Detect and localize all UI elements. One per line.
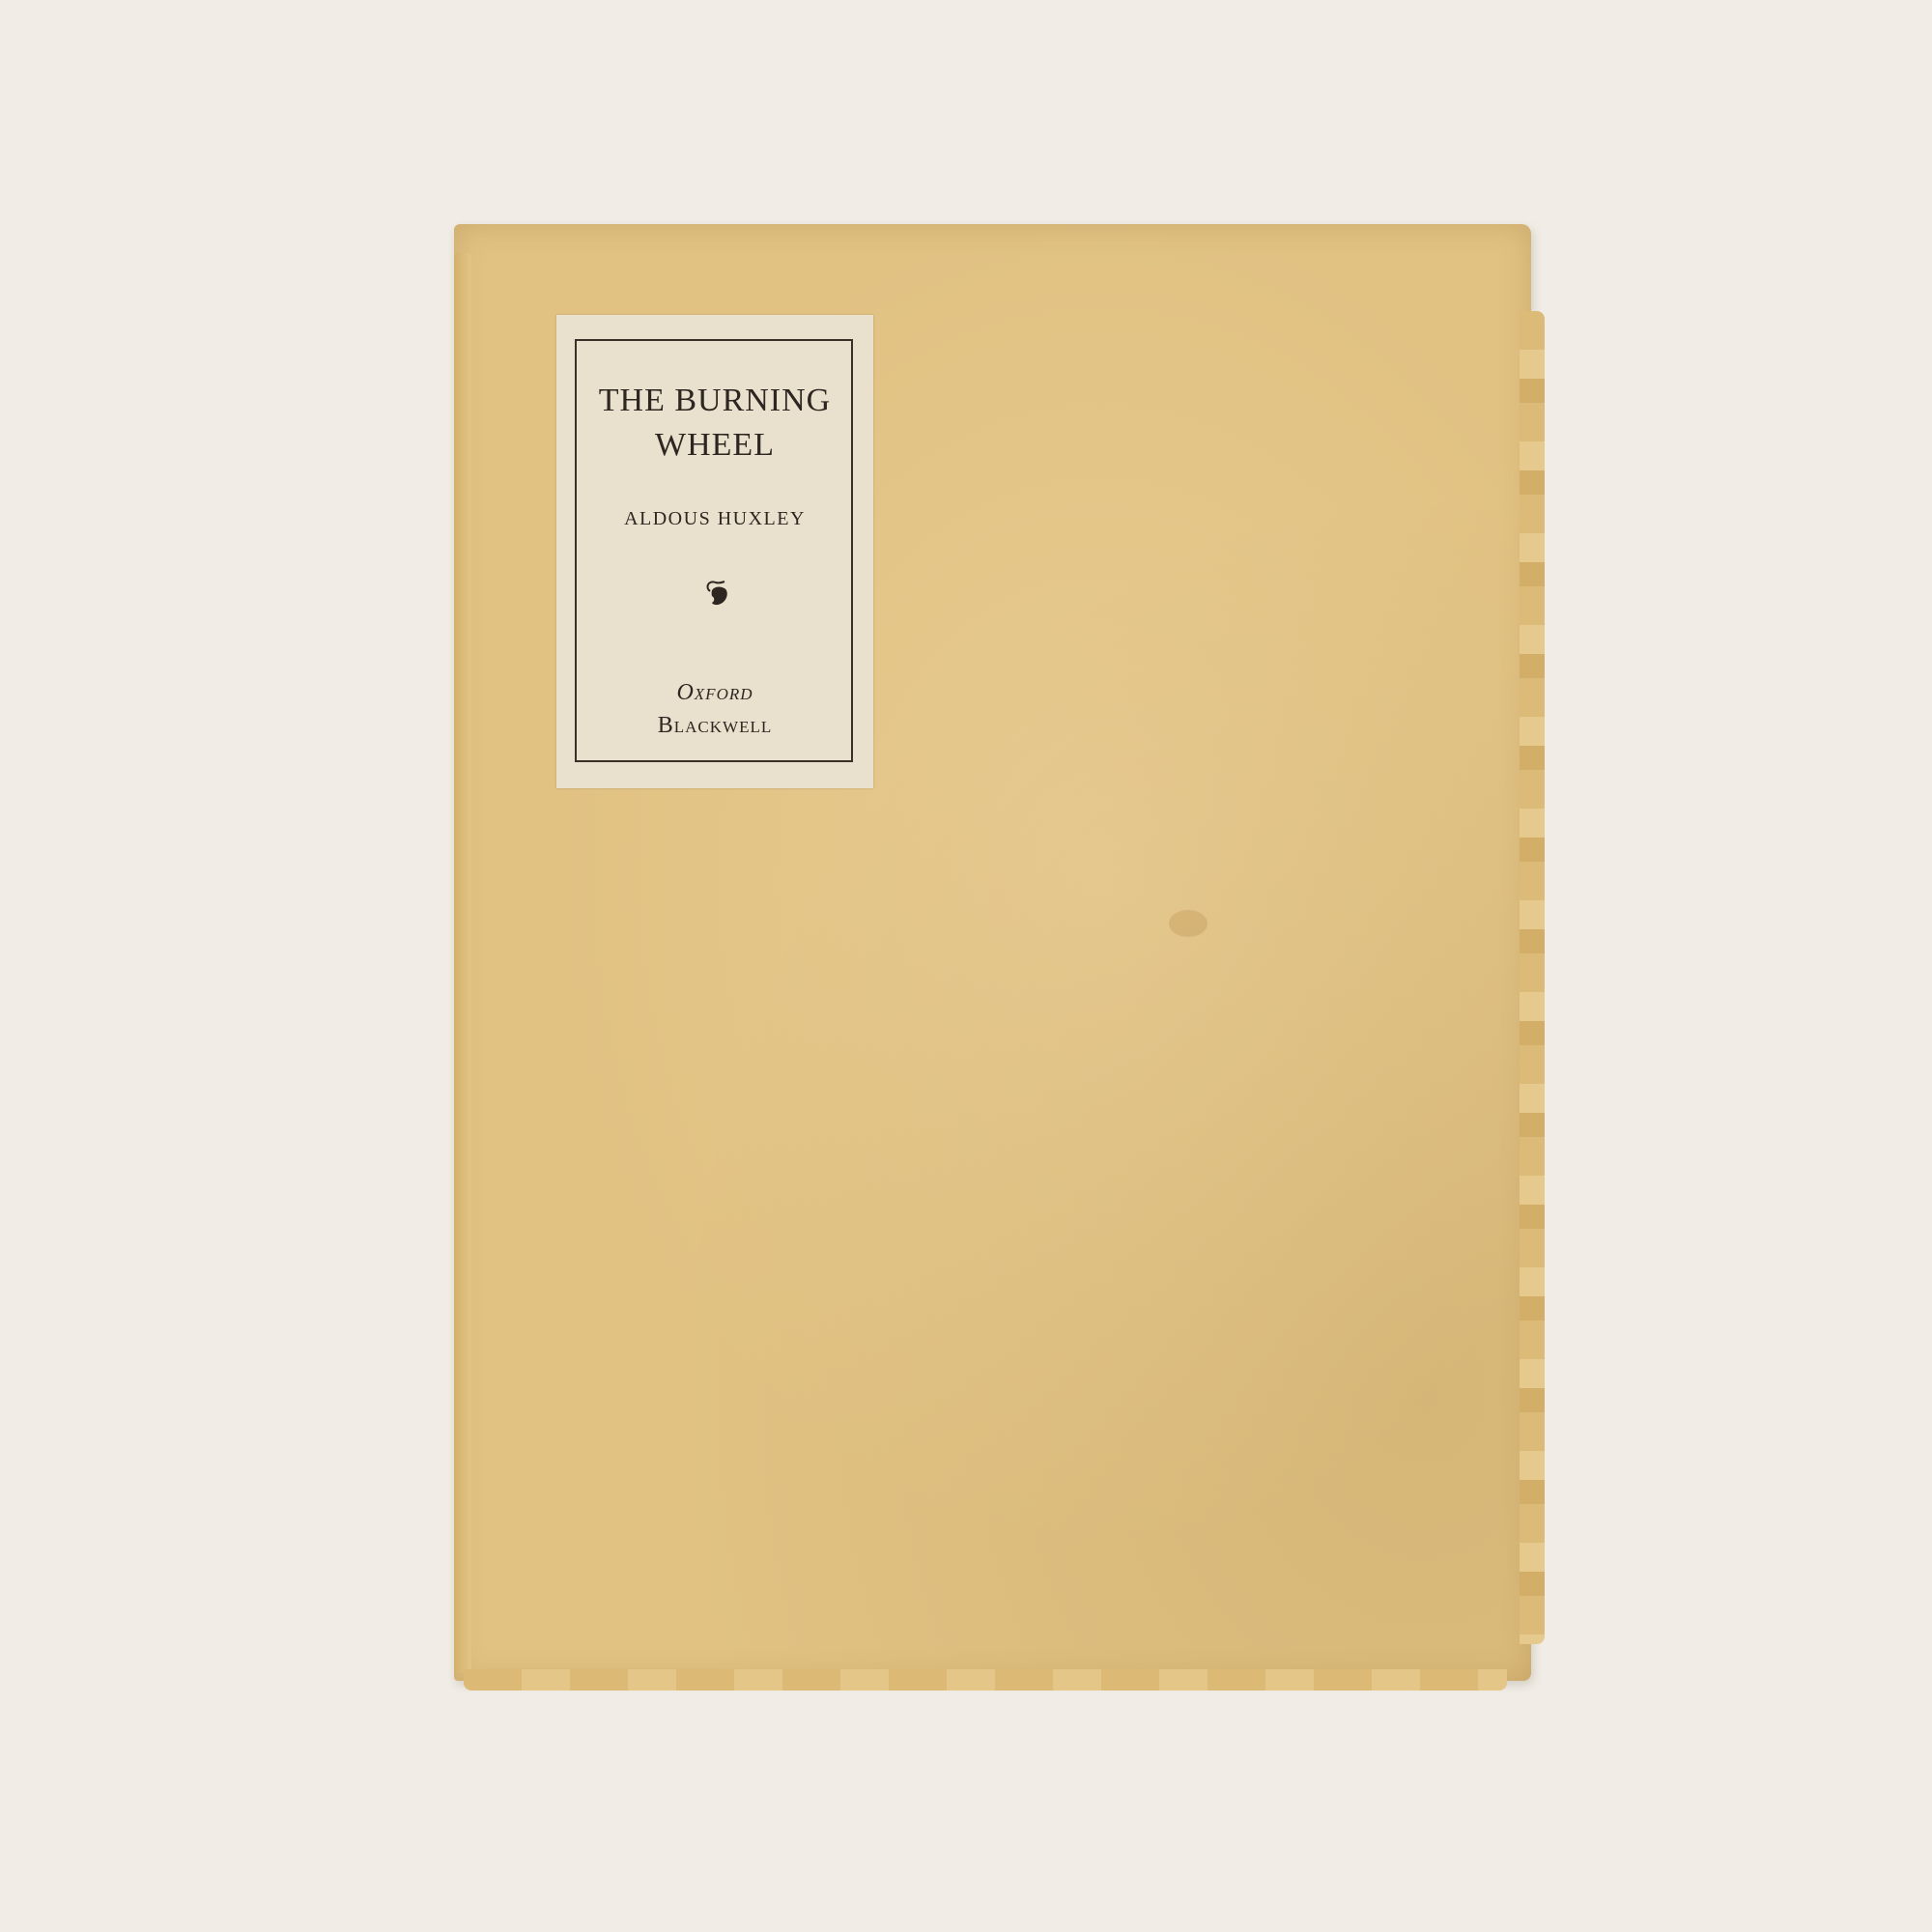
author-name: ALDOUS HUXLEY	[556, 508, 873, 530]
book-fore-edge	[1520, 311, 1545, 1644]
book-cover: THE BURNING WHEEL ALDOUS HUXLEY Oxford B…	[454, 224, 1531, 1681]
book-title-line-2: WHEEL	[556, 427, 873, 464]
publication-place: Oxford	[556, 680, 873, 706]
title-label: THE BURNING WHEEL ALDOUS HUXLEY Oxford B…	[556, 315, 873, 788]
book-spine-edge	[454, 253, 471, 1673]
book-title-line-1: THE BURNING	[556, 383, 873, 419]
apple-ornament-icon	[703, 578, 730, 607]
book-bottom-edge	[464, 1669, 1507, 1690]
publisher-name: Blackwell	[556, 713, 873, 739]
cover-stain	[1169, 910, 1207, 937]
